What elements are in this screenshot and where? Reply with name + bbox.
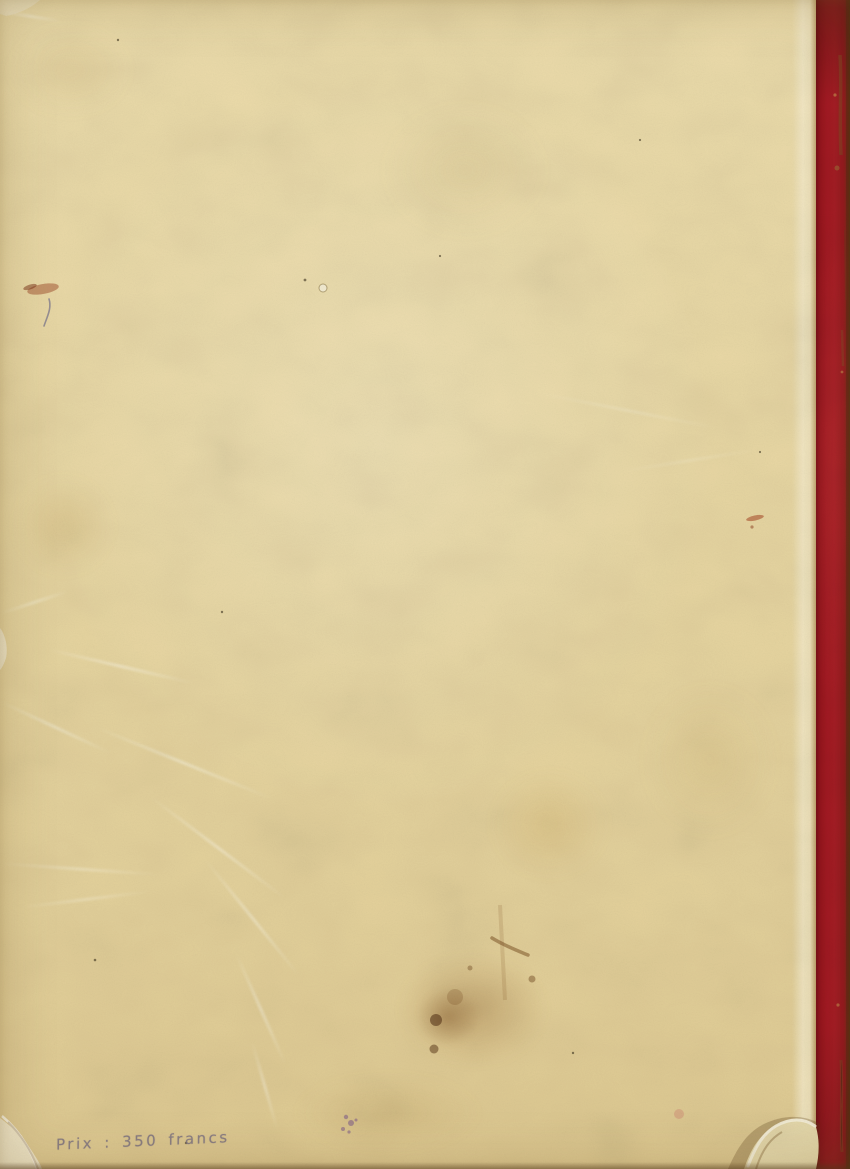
spine-wear-marks: [816, 0, 850, 1169]
spine-right-dark-edge: [846, 0, 850, 1169]
page-edges-band: [792, 0, 816, 1169]
book-spine: [816, 0, 850, 1169]
book-scan: Prix : 350 francs: [0, 0, 850, 1169]
book-back-cover: [0, 0, 816, 1169]
